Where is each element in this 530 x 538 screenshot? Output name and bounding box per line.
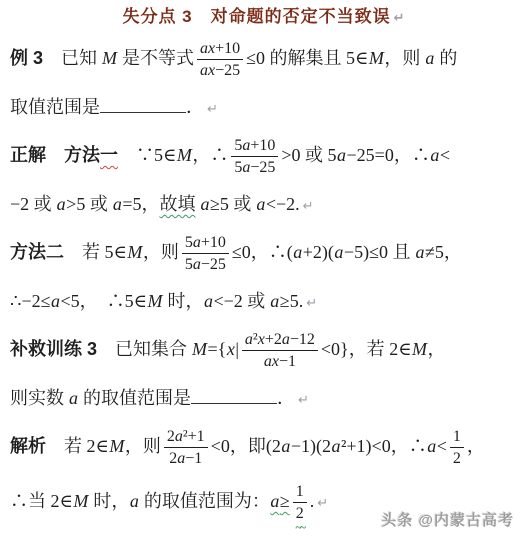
math-text: a bbox=[69, 388, 79, 408]
watermark: 头条 @内蒙古高考 bbox=[381, 509, 514, 530]
body-text: 故填 bbox=[159, 194, 195, 214]
body-text: 或 bbox=[229, 194, 256, 214]
math-text: a<−2 bbox=[203, 291, 242, 311]
math-text: . bbox=[310, 491, 315, 511]
body-text: 若 bbox=[64, 242, 105, 262]
heading-text: 失分点 3 对命题的否定不当致误 bbox=[122, 7, 390, 26]
heading-text: 例 3 bbox=[10, 48, 43, 68]
math-text: ∴(a+2)(a−5)≤0 bbox=[269, 242, 388, 262]
math-text: a bbox=[129, 491, 139, 511]
fraction-denominator: 5a−25 bbox=[231, 157, 278, 177]
fraction-denominator: 2 bbox=[293, 503, 307, 523]
body-text: ． bbox=[186, 97, 204, 117]
math-text: <0} bbox=[321, 339, 349, 359]
fraction: ax+10ax−25 bbox=[197, 39, 243, 80]
body-text bbox=[118, 145, 136, 165]
fraction-denominator: 5a−25 bbox=[182, 254, 229, 274]
text-line: −2 或 a>5 或 a=5，故填 a≥5 或 a<−2.↵ bbox=[10, 191, 518, 220]
body-text: 的取值范围是 bbox=[79, 388, 192, 408]
fraction-numerator: 1 bbox=[450, 427, 464, 448]
body-text bbox=[89, 291, 107, 311]
heading-text: 一 bbox=[100, 145, 118, 165]
math-text: M bbox=[102, 48, 118, 68]
fraction-numerator: 5a+10 bbox=[182, 233, 229, 254]
body-text: 的取值范围为： bbox=[139, 491, 270, 511]
math-text: 5a−25=0， bbox=[328, 145, 412, 165]
paragraph-return-mark: ↵ bbox=[317, 496, 328, 511]
body-text: 取值范围是 bbox=[10, 97, 100, 117]
body-text: 的解集且 bbox=[265, 48, 346, 68]
body-text: 的 bbox=[435, 48, 458, 68]
text-line: ∴−2≤a<5， ∴5∈M 时，a<−2 或 a≥5.↵ bbox=[10, 288, 518, 317]
heading-text: 方法 bbox=[64, 145, 100, 165]
fraction: 5a+105a−25 bbox=[182, 233, 229, 274]
heading-text: 补救训练 3 bbox=[10, 339, 97, 359]
math-text: ∴ bbox=[210, 145, 228, 165]
body-text: ，若 bbox=[349, 339, 390, 359]
fraction: 12 bbox=[293, 482, 307, 523]
document-body: 失分点 3 对命题的否定不当致误↵例 3 已知 M 是不等式ax+10ax−25… bbox=[0, 0, 530, 526]
worksheet-page: { "page": { "colors": { "background": "#… bbox=[0, 0, 530, 538]
body-text: 则 bbox=[143, 436, 161, 456]
answer-blank bbox=[100, 94, 186, 113]
math-text: ∴a< bbox=[412, 145, 450, 165]
math-text: a<−2. bbox=[256, 194, 300, 214]
math-text: 2∈M bbox=[389, 339, 427, 359]
text-line: 方法二 若 5∈M，则5a+105a−25≤0，∴(a+2)(a−5)≤0 且 … bbox=[10, 233, 518, 277]
body-text: ． bbox=[277, 388, 295, 408]
text-line: 则实数 a 的取值范围是．↵ bbox=[10, 385, 518, 414]
lines: 失分点 3 对命题的否定不当致误↵例 3 已知 M 是不等式ax+10ax−25… bbox=[10, 5, 518, 526]
math-text: a=5 bbox=[112, 194, 141, 214]
math-text: 5∈M， bbox=[105, 242, 161, 262]
body-text: 已知集合 bbox=[97, 339, 192, 359]
fraction: a²x+2a−12ax−1 bbox=[242, 330, 318, 371]
body-text: 且 bbox=[388, 242, 415, 262]
fraction-numerator: 2a²+1 bbox=[164, 427, 208, 448]
fraction-denominator: 2a−1 bbox=[164, 448, 208, 468]
math-text: a>5 bbox=[56, 194, 85, 214]
fraction-denominator: ax−25 bbox=[197, 60, 243, 80]
math-text: >0 bbox=[281, 145, 300, 165]
math-text: ∴−2≤a<5， bbox=[10, 291, 89, 311]
body-text: 若 bbox=[46, 436, 87, 456]
title-line: 失分点 3 对命题的否定不当致误↵ bbox=[10, 5, 518, 31]
body-text: 或 bbox=[85, 194, 112, 214]
fraction-numerator: 1 bbox=[293, 482, 307, 503]
body-text: 或 bbox=[243, 291, 270, 311]
fraction: 5a+105a−25 bbox=[231, 136, 278, 177]
math-text: (2a−1)(2a²+1)<0， bbox=[266, 436, 409, 456]
paragraph-return-mark: ↵ bbox=[303, 199, 314, 214]
math-text: 2∈M bbox=[51, 491, 89, 511]
body-text: 是不等式 bbox=[118, 48, 195, 68]
body-text: 则 bbox=[161, 242, 179, 262]
fraction-numerator: ax+10 bbox=[197, 39, 243, 60]
fraction-numerator: 5a+10 bbox=[231, 136, 278, 157]
math-text: 2∈M， bbox=[87, 436, 143, 456]
body-text: 时， bbox=[163, 291, 204, 311]
math-text: −2 bbox=[10, 194, 29, 214]
fraction-denominator: 2 bbox=[450, 448, 464, 468]
math-text: a≥ bbox=[270, 491, 290, 511]
body-text bbox=[46, 145, 64, 165]
heading-text: 解析 bbox=[10, 436, 46, 456]
paragraph-return-mark: ↵ bbox=[207, 102, 218, 117]
math-text: <0， bbox=[211, 436, 248, 456]
text-line: 解析 若 2∈M，则2a²+12a−1<0，即(2a−1)(2a²+1)<0，∴… bbox=[10, 427, 518, 471]
text-line: 正解 方法一 ∵5∈M，∴5a+105a−25>0 或 5a−25=0，∴a< bbox=[10, 136, 518, 180]
heading-text: 正解 bbox=[10, 145, 46, 165]
math-text: ∴5∈M bbox=[107, 291, 163, 311]
math-text: ≤0， bbox=[232, 242, 269, 262]
body-text: 或 bbox=[29, 194, 56, 214]
paragraph-return-mark: ↵ bbox=[298, 393, 309, 408]
body-text: 已知 bbox=[43, 48, 102, 68]
fraction-numerator: a²x+2a−12 bbox=[242, 330, 318, 351]
math-text: a≠5， bbox=[415, 242, 462, 262]
math-text: a bbox=[425, 48, 435, 68]
math-text: ∵5∈M， bbox=[136, 145, 210, 165]
paragraph-return-mark: ↵ bbox=[394, 11, 406, 26]
text-line: 补救训练 3 已知集合 M={x|a²x+2a−12ax−1<0}，若 2∈M， bbox=[10, 330, 518, 374]
body-text: 时， bbox=[89, 491, 130, 511]
math-text: 5∈M bbox=[346, 48, 384, 68]
heading-text: 方法二 bbox=[10, 242, 64, 262]
math-text: ∴ bbox=[10, 491, 28, 511]
body-text: 或 bbox=[301, 145, 328, 165]
math-text: M={x| bbox=[192, 339, 239, 359]
fraction-denominator: ax−1 bbox=[242, 351, 318, 371]
answer-blank bbox=[191, 385, 277, 404]
body-text: ， bbox=[141, 194, 159, 214]
math-text: a≥5. bbox=[270, 291, 303, 311]
fraction: 12 bbox=[450, 427, 464, 468]
text-line: 例 3 已知 M 是不等式ax+10ax−25≤0 的解集且 5∈M，则 a 的 bbox=[10, 39, 518, 83]
body-text: ，则 bbox=[384, 48, 425, 68]
text-line: 取值范围是．↵ bbox=[10, 94, 518, 123]
body-text: 即 bbox=[248, 436, 266, 456]
math-text: ， bbox=[467, 436, 485, 456]
math-text: a≥5 bbox=[200, 194, 229, 214]
paragraph-return-mark: ↵ bbox=[306, 296, 317, 311]
body-text: 当 bbox=[28, 491, 51, 511]
math-text: ≤0 bbox=[246, 48, 265, 68]
math-text: ∴a< bbox=[409, 436, 447, 456]
fraction: 2a²+12a−1 bbox=[164, 427, 208, 468]
body-text: ， bbox=[428, 339, 446, 359]
body-text: 则实数 bbox=[10, 388, 69, 408]
